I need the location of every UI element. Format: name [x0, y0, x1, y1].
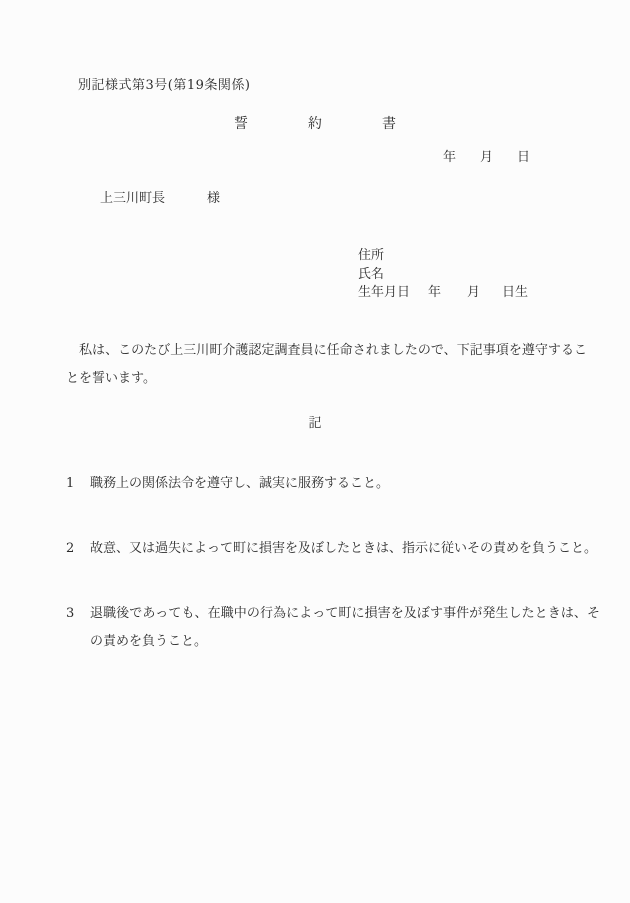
item-number: 2 — [66, 535, 90, 563]
item-text: 故意、又は過失によって町に損害を及ぼしたときは、指示に従いその責めを負うこと。 — [90, 535, 600, 563]
title-char-1: 誓 — [234, 115, 248, 133]
item-number: 1 — [66, 470, 90, 498]
date-month-label: 月 — [480, 150, 493, 165]
birthdate-field-row: 生年月日年月日生 — [358, 284, 528, 303]
oath-item-1: 1 職務上の関係法令を遵守し、誠実に服務すること。 — [66, 470, 600, 498]
document-title: 誓 約 書 — [0, 115, 630, 133]
birthdate-year-label: 年 — [428, 285, 441, 300]
item-text: 職務上の関係法令を遵守し、誠実に服務すること。 — [90, 470, 600, 498]
oath-body-paragraph: 私は、このたび上三川町介護認定調査員に任命されましたので、下記事項を遵守すること… — [66, 337, 587, 393]
form-reference-label: 別記様式第3号(第19条関係) — [78, 77, 250, 95]
item-text: 退職後であっても、在職中の行為によって町に損害を及ぼす事件が発生したときは、その… — [90, 600, 600, 656]
addressee-line: 上三川町長様 — [100, 190, 220, 208]
oath-item-3: 3 退職後であっても、在職中の行為によって町に損害を及ぼす事件が発生したときは、… — [66, 600, 600, 656]
date-day-label: 日 — [517, 150, 530, 165]
signer-block: 住所 氏名 生年月日年月日生 — [358, 247, 528, 303]
item-number: 3 — [66, 600, 90, 656]
oath-item-2: 2 故意、又は過失によって町に損害を及ぼしたときは、指示に従いその責めを負うこと… — [66, 535, 600, 563]
birthdate-day-label: 日生 — [502, 285, 528, 300]
date-year-label: 年 — [443, 150, 456, 165]
title-char-3: 書 — [382, 115, 396, 133]
birthdate-field-label: 生年月日 — [358, 285, 410, 300]
title-char-2: 約 — [308, 115, 322, 133]
addressee-honorific: 様 — [207, 191, 220, 206]
oath-document-page: 別記様式第3号(第19条関係) 誓 約 書 年月日 上三川町長様 住所 氏名 生… — [0, 0, 630, 903]
name-field-label: 氏名 — [358, 266, 528, 285]
section-marker: 記 — [0, 415, 630, 433]
date-line: 年月日 — [443, 149, 530, 167]
addressee-name: 上三川町長 — [100, 191, 165, 206]
address-field-label: 住所 — [358, 247, 528, 266]
birthdate-month-label: 月 — [467, 285, 480, 300]
